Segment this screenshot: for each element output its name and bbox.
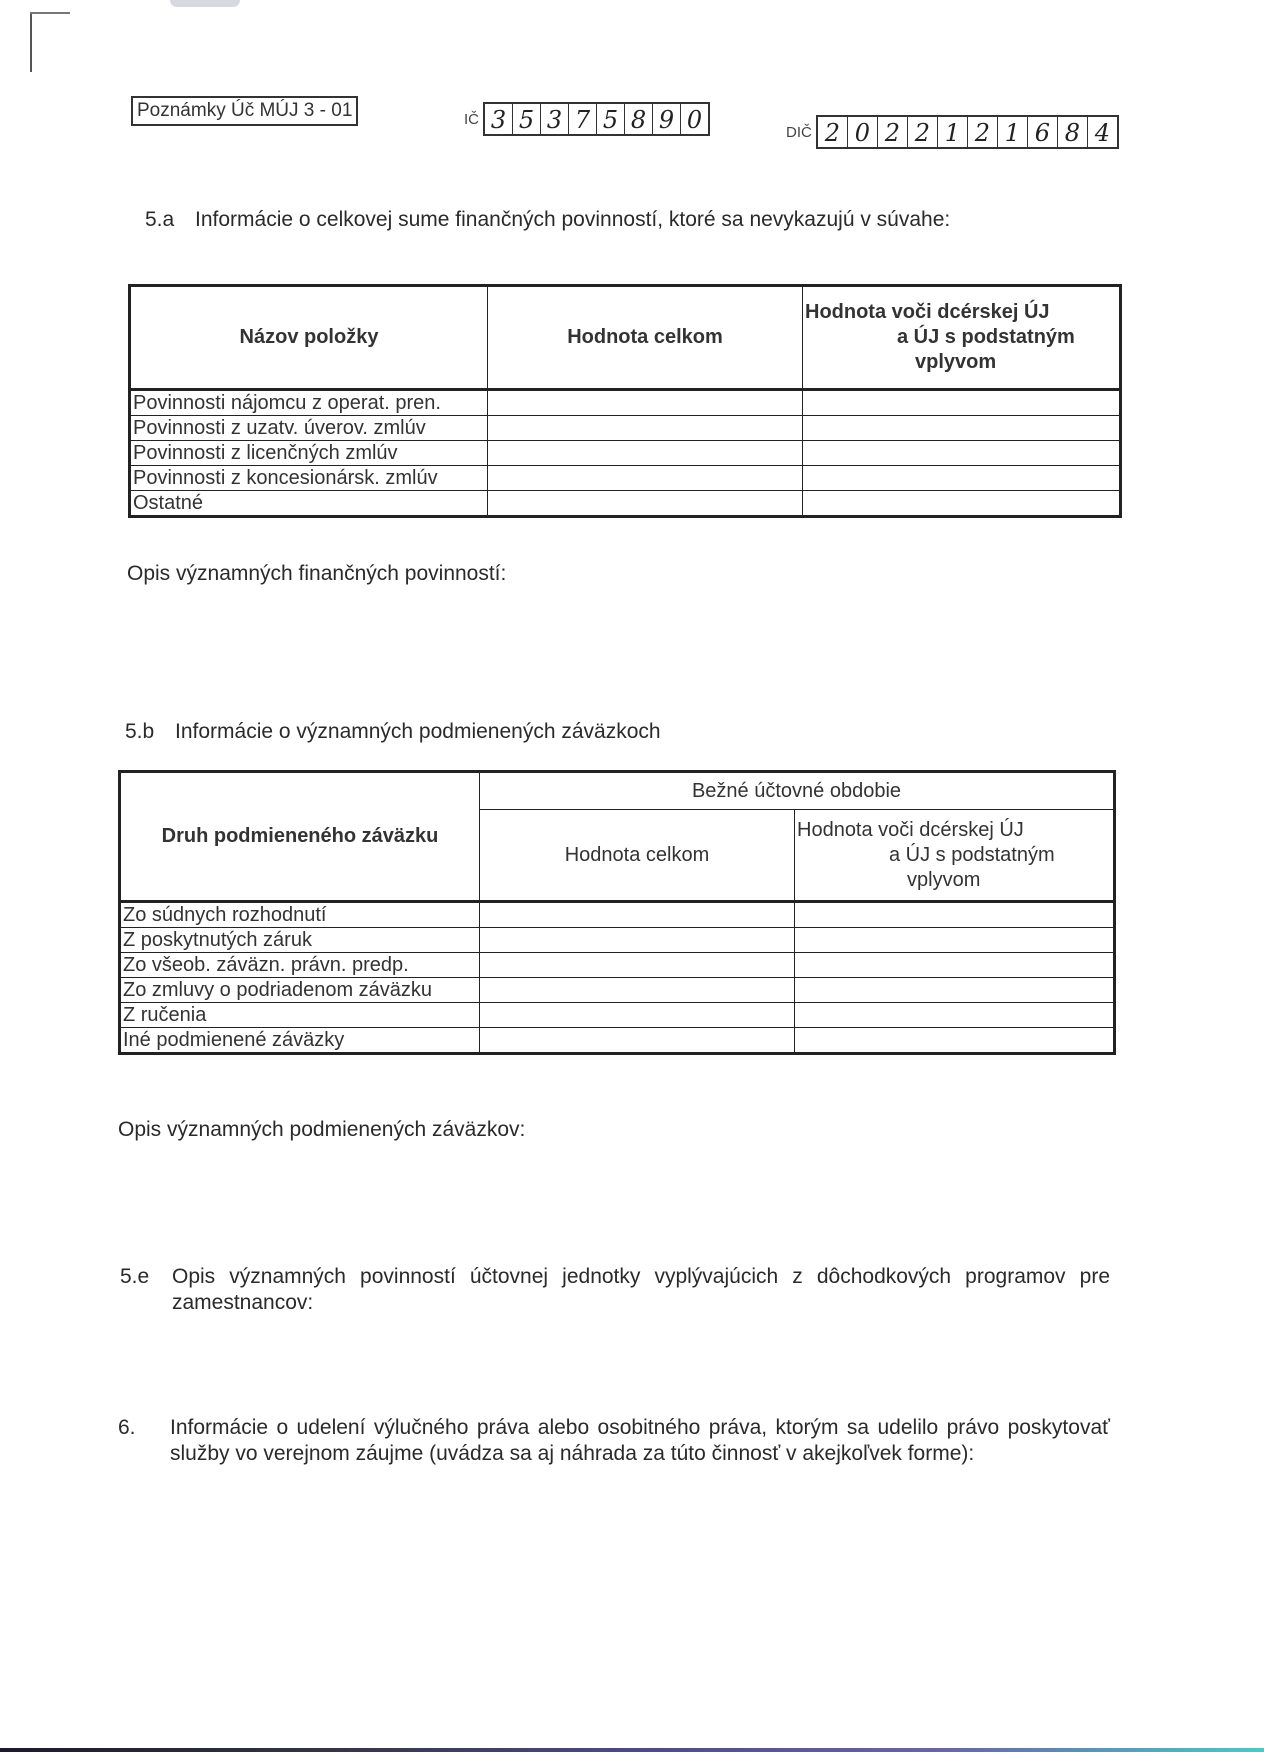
dic-digit: 0 xyxy=(847,117,877,147)
value-related-cell[interactable] xyxy=(803,466,1121,491)
financial-obligations-table: Názov položky Hodnota celkom Hodnota voč… xyxy=(128,284,1122,518)
value-total-cell[interactable] xyxy=(488,466,803,491)
header-line: vplyvom xyxy=(805,350,1117,375)
value-related-cell[interactable] xyxy=(795,953,1115,978)
section-title: Informácie o celkovej sume finančných po… xyxy=(195,208,950,231)
scan-artifact-top xyxy=(170,0,240,7)
header-line: a ÚJ s podstatným xyxy=(797,843,1111,868)
section-6-paragraph: 6. Informácie o udelení výlučného práva … xyxy=(170,1415,1110,1467)
dic-digit-boxes: 2 0 2 2 1 2 1 6 8 4 xyxy=(816,115,1119,149)
ic-digit-boxes: 3 5 3 7 5 8 9 0 xyxy=(483,102,710,136)
form-code-box: Poznámky Úč MÚJ 3 - 01 xyxy=(131,96,358,126)
value-total-cell[interactable] xyxy=(480,1028,795,1054)
value-related-cell[interactable] xyxy=(795,928,1115,953)
value-total-cell[interactable] xyxy=(488,416,803,441)
ic-digit: 0 xyxy=(680,104,708,134)
value-related-cell[interactable] xyxy=(803,390,1121,416)
col-header-liability-type: Druh podmieneného záväzku xyxy=(120,772,480,902)
value-related-cell[interactable] xyxy=(795,978,1115,1003)
value-total-cell[interactable] xyxy=(488,390,803,416)
section-number: 5.a xyxy=(145,208,195,232)
dic-field: DIČ 2 0 2 2 1 2 1 6 8 4 xyxy=(786,115,1119,149)
dic-digit: 6 xyxy=(1027,117,1057,147)
table-row: Povinnosti z koncesionársk. zmlúv xyxy=(130,466,1121,491)
page-edge-top xyxy=(30,12,70,14)
table-row: Zo zmluvy o podriadenom záväzku xyxy=(120,978,1115,1003)
table-row: Povinnosti nájomcu z operat. pren. xyxy=(130,390,1121,416)
row-label: Z poskytnutých záruk xyxy=(120,928,480,953)
ic-digit: 5 xyxy=(596,104,624,134)
value-related-cell[interactable] xyxy=(795,1003,1115,1028)
row-label: Povinnosti nájomcu z operat. pren. xyxy=(130,390,488,416)
section-5b-heading: 5.bInformácie o významných podmienených … xyxy=(125,720,661,744)
row-label: Zo všeob. záväzn. právn. predp. xyxy=(120,953,480,978)
ic-digit: 5 xyxy=(512,104,540,134)
financial-obligations-description-label: Opis významných finančných povinností: xyxy=(127,562,506,586)
value-related-cell[interactable] xyxy=(795,1028,1115,1054)
row-label: Povinnosti z koncesionársk. zmlúv xyxy=(130,466,488,491)
value-related-cell[interactable] xyxy=(803,441,1121,466)
ic-digit: 7 xyxy=(568,104,596,134)
table-row: Povinnosti z uzatv. úverov. zmlúv xyxy=(130,416,1121,441)
ic-digit: 9 xyxy=(652,104,680,134)
row-label: Z ručenia xyxy=(120,1003,480,1028)
ic-digit: 3 xyxy=(540,104,568,134)
dic-digit: 4 xyxy=(1087,117,1117,147)
value-related-cell[interactable] xyxy=(803,491,1121,517)
section-5a-heading: 5.aInformácie o celkovej sume finančných… xyxy=(145,208,950,232)
value-total-cell[interactable] xyxy=(480,1003,795,1028)
value-total-cell[interactable] xyxy=(480,902,795,928)
col-header-total: Hodnota celkom xyxy=(488,286,803,390)
header-line: Hodnota voči dcérskej ÚJ xyxy=(805,300,1117,325)
row-label: Povinnosti z licenčných zmlúv xyxy=(130,441,488,466)
group-header-current-period: Bežné účtovné obdobie xyxy=(480,772,1115,810)
section-number: 5.b xyxy=(125,720,175,744)
value-total-cell[interactable] xyxy=(488,491,803,517)
contingent-liabilities-description-label: Opis významných podmienených záväzkov: xyxy=(118,1118,525,1142)
row-label: Iné podmienené záväzky xyxy=(120,1028,480,1054)
dic-digit: 2 xyxy=(818,117,847,147)
dic-digit: 1 xyxy=(937,117,967,147)
section-number: 5.e xyxy=(120,1264,149,1290)
value-related-cell[interactable] xyxy=(795,902,1115,928)
dic-digit: 2 xyxy=(877,117,907,147)
section-text: Informácie o udelení výlučného práva ale… xyxy=(170,1416,1110,1465)
section-text: Opis významných povinností účtovnej jedn… xyxy=(172,1265,1110,1314)
col-header-related: Hodnota voči dcérskej ÚJ a ÚJ s podstatn… xyxy=(795,810,1115,902)
header-line: vplyvom xyxy=(797,868,1111,893)
ic-digit: 8 xyxy=(624,104,652,134)
table-row: Z ručenia xyxy=(120,1003,1115,1028)
dic-label: DIČ xyxy=(786,124,812,141)
section-5e-paragraph: 5.e Opis významných povinností účtovnej … xyxy=(172,1264,1110,1316)
col-header-total: Hodnota celkom xyxy=(480,810,795,902)
value-total-cell[interactable] xyxy=(480,978,795,1003)
table-row: Povinnosti z licenčných zmlúv xyxy=(130,441,1121,466)
dic-digit: 1 xyxy=(997,117,1027,147)
dic-digit: 2 xyxy=(967,117,997,147)
contingent-liabilities-table: Druh podmieneného záväzku Bežné účtovné … xyxy=(118,770,1116,1055)
value-total-cell[interactable] xyxy=(480,928,795,953)
value-related-cell[interactable] xyxy=(803,416,1121,441)
dic-digit: 8 xyxy=(1057,117,1087,147)
section-number: 6. xyxy=(118,1415,136,1441)
scan-artifact-bottom xyxy=(0,1748,1264,1752)
value-total-cell[interactable] xyxy=(488,441,803,466)
col-header-item-name: Názov položky xyxy=(130,286,488,390)
table-row: Ostatné xyxy=(130,491,1121,517)
table-row: Zo súdnych rozhodnutí xyxy=(120,902,1115,928)
row-label: Povinnosti z uzatv. úverov. zmlúv xyxy=(130,416,488,441)
table-row: Zo všeob. záväzn. právn. predp. xyxy=(120,953,1115,978)
row-label: Zo súdnych rozhodnutí xyxy=(120,902,480,928)
page-edge xyxy=(30,12,32,72)
ic-field: IČ 3 5 3 7 5 8 9 0 xyxy=(464,102,710,136)
dic-digit: 2 xyxy=(907,117,937,147)
header-line: a ÚJ s podstatným xyxy=(805,325,1117,350)
header-line: Hodnota voči dcérskej ÚJ xyxy=(797,818,1111,843)
row-label: Ostatné xyxy=(130,491,488,517)
row-label: Zo zmluvy o podriadenom záväzku xyxy=(120,978,480,1003)
value-total-cell[interactable] xyxy=(480,953,795,978)
ic-digit: 3 xyxy=(485,104,512,134)
section-title: Informácie o významných podmienených záv… xyxy=(175,720,661,743)
col-header-related: Hodnota voči dcérskej ÚJ a ÚJ s podstatn… xyxy=(803,286,1121,390)
table-row: Z poskytnutých záruk xyxy=(120,928,1115,953)
table-row: Iné podmienené záväzky xyxy=(120,1028,1115,1054)
ic-label: IČ xyxy=(464,111,479,128)
